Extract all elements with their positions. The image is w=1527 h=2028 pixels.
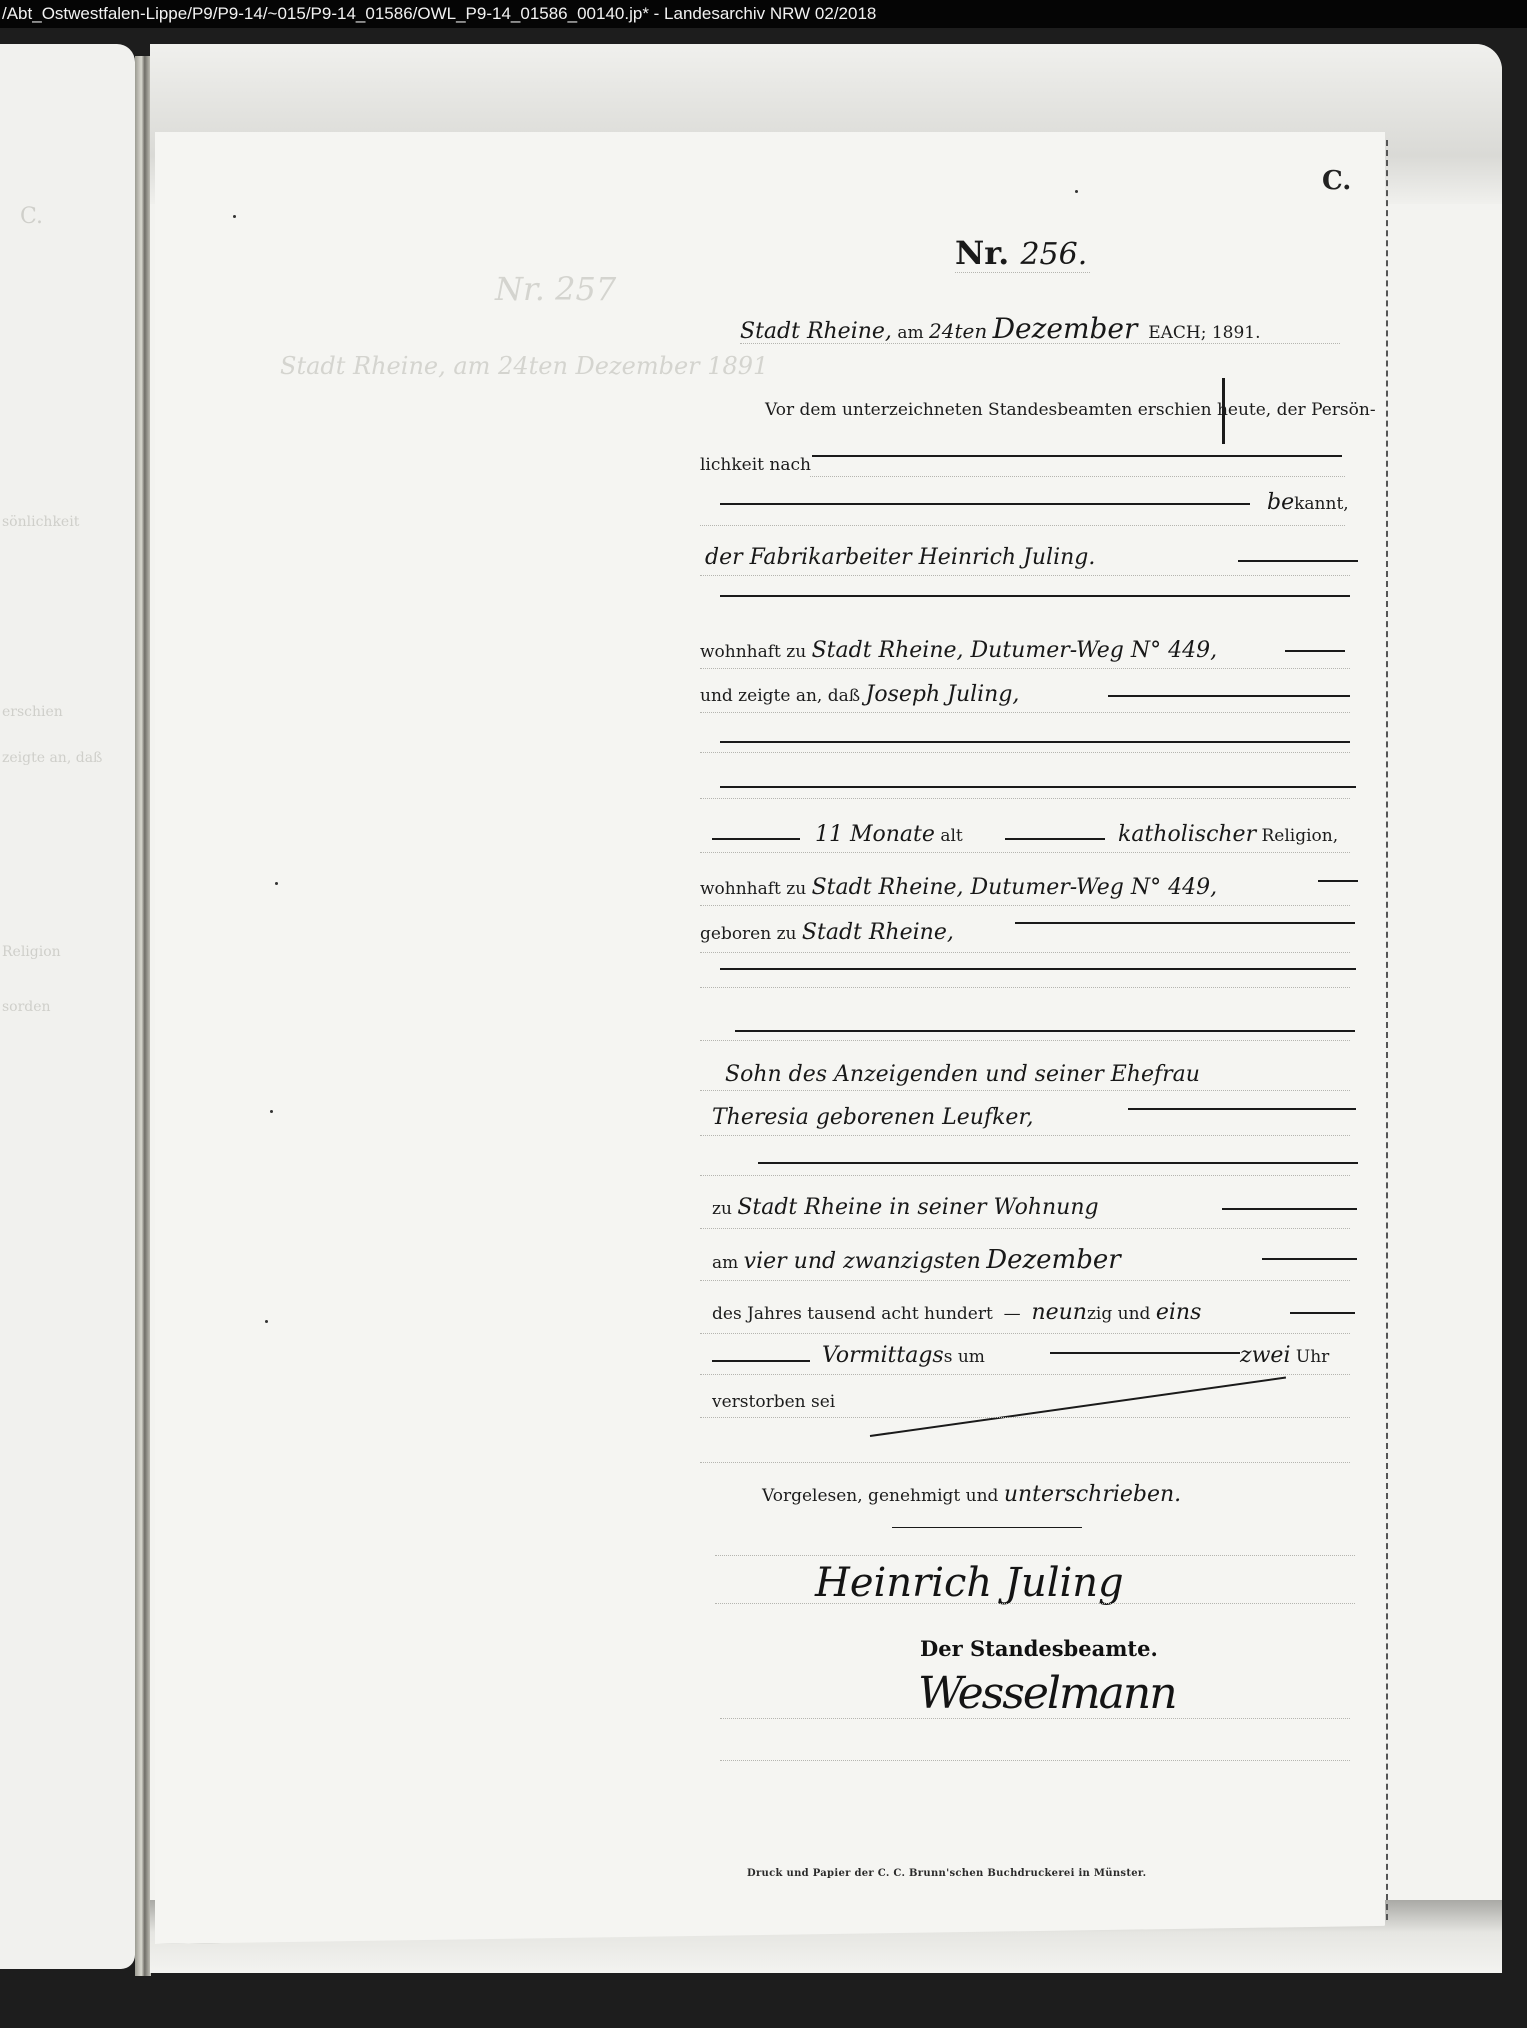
dotted-rule: [700, 1135, 1350, 1136]
printed-prefix: und zeigte an, daß: [700, 686, 860, 706]
birthplace-handwritten: Stadt Rheine,: [802, 920, 954, 945]
dotted-rule: [955, 272, 1090, 273]
correction-mark: [1222, 378, 1225, 444]
fill-rule: [720, 786, 1356, 788]
day-handwritten: 24ten: [929, 319, 987, 343]
form-line-2: bekannt,: [1267, 490, 1349, 530]
left-page-fragment: erschien: [2, 704, 63, 720]
closing-printed: Vorgelesen, genehmigt und: [762, 1486, 998, 1506]
left-page-fragment: sönlichkeit: [2, 514, 79, 530]
speck: [1075, 190, 1078, 193]
speck: [270, 1110, 273, 1113]
form-line-10: Theresia geborenen Leufker,: [712, 1105, 1034, 1145]
place-handwritten: Stadt Rheine,: [740, 319, 892, 344]
dotted-rule: [700, 1280, 1350, 1281]
fill-rule: [1015, 922, 1355, 924]
form-line-9: Sohn des Anzeigenden und seiner Ehefrau: [725, 1062, 1200, 1102]
record-number: Nr. 256.: [955, 234, 1087, 272]
year-units-handwritten: eins: [1156, 1300, 1202, 1325]
informant-signature: Heinrich Juling: [815, 1560, 1124, 1606]
fill-rule: [712, 1360, 810, 1362]
hour-handwritten: zwei: [1240, 1343, 1290, 1368]
printed-suffix: kannt,: [1294, 494, 1349, 514]
form-line-3: der Fabrikarbeiter Heinrich Juling.: [705, 545, 1095, 585]
place-of-death-handwritten: Stadt Rheine in seiner Wohnung: [737, 1195, 1098, 1220]
bleed-through-number: Nr. 257: [495, 270, 616, 308]
dotted-rule: [700, 905, 1350, 906]
am-label: am: [897, 323, 923, 343]
dotted-rule: [700, 1040, 1350, 1041]
printed-prefix: wohnhaft zu: [700, 642, 806, 662]
dotted-rule: [720, 1718, 1350, 1719]
printed-prefix: wohnhaft zu: [700, 879, 806, 899]
underline: [892, 1527, 1082, 1528]
dotted-rule: [700, 752, 1350, 753]
fill-rule: [1050, 1352, 1240, 1354]
dotted-rule: [700, 798, 1350, 799]
form-line-14: Vormittagss um: [822, 1343, 985, 1383]
bleed-through-place-date: Stadt Rheine, am 24ten Dezember 1891: [280, 352, 768, 380]
dotted-rule: [810, 476, 1345, 477]
dotted-rule: [740, 343, 1340, 344]
fill-rule: [1285, 650, 1345, 652]
residence-handwritten: Stadt Rheine, Dutumer-Weg N° 449,: [812, 875, 1218, 900]
informant-handwritten: der Fabrikarbeiter Heinrich Juling.: [705, 545, 1095, 570]
fill-rule: [720, 503, 1250, 505]
dotted-rule: [700, 1090, 1350, 1091]
left-page: C. sönlichkeit erschien zeigte an, daß R…: [0, 44, 135, 1969]
window-title: /Abt_Ostwestfalen-Lippe/P9/P9-14/~015/P9…: [2, 4, 876, 23]
parents-handwritten: Sohn des Anzeigenden und seiner Ehefrau: [725, 1062, 1200, 1087]
printed-suffix: Uhr: [1296, 1347, 1329, 1367]
fill-rule: [735, 1030, 1355, 1032]
fill-rule: [1222, 1208, 1357, 1210]
fill-rule: [1108, 695, 1350, 697]
form-line-1: lichkeit nach: [700, 455, 811, 495]
printed-mid: zig und: [1087, 1304, 1150, 1324]
speck: [233, 215, 236, 218]
fill-rule: [812, 455, 1342, 457]
fill-rule: [712, 838, 800, 840]
month-handwritten: Dezember: [993, 312, 1138, 345]
speck: [265, 1320, 268, 1323]
fill-rule: [720, 741, 1350, 743]
section-letter: C.: [1322, 166, 1351, 196]
official-signature: Wesselmann: [918, 1668, 1176, 1719]
book-gutter: [135, 56, 151, 1976]
form-line-12: am vier und zwanzigsten Dezember: [712, 1245, 1121, 1285]
printed-prefix: des Jahres tausend acht hundert: [712, 1304, 993, 1324]
death-month-handwritten: Dezember: [986, 1245, 1120, 1275]
left-page-fragment: sorden: [2, 999, 51, 1015]
record-number-value: 256.: [1020, 237, 1087, 272]
dotted-rule: [700, 852, 1350, 853]
fill-rule: [1238, 560, 1358, 562]
fill-rule: [1005, 838, 1105, 840]
printed-mid: s um: [944, 1347, 985, 1367]
left-page-letter: C.: [20, 204, 43, 229]
printed-mid: alt: [940, 826, 962, 846]
place-date-line: Stadt Rheine, am 24ten Dezember EACH; 18…: [740, 312, 1261, 352]
dotted-rule: [720, 1760, 1350, 1761]
sheet-edge: [1380, 140, 1388, 1920]
official-title: Der Standesbeamte.: [920, 1636, 1158, 1661]
record-number-label: Nr.: [955, 234, 1009, 272]
fill-rule: [1318, 880, 1358, 882]
dotted-rule: [700, 987, 1350, 988]
dotted-rule: [700, 1175, 1350, 1176]
printed-suffix: Religion,: [1262, 826, 1339, 846]
printed-prefix: zu: [712, 1199, 732, 1219]
dotted-rule: [715, 1603, 1355, 1604]
dotted-rule: [700, 952, 1350, 953]
dotted-rule: [700, 1333, 1350, 1334]
fill-rule: [1128, 1108, 1356, 1110]
deceased-handwritten: Joseph Juling,: [866, 682, 1020, 707]
form-line-6: 11 Monate alt: [815, 822, 963, 862]
mother-handwritten: Theresia geborenen Leufker,: [712, 1105, 1034, 1130]
handwritten-prefix: be: [1267, 490, 1294, 515]
time-of-day-handwritten: Vormittags: [822, 1343, 944, 1368]
dotted-rule: [700, 525, 1345, 526]
dotted-rule: [700, 1462, 1350, 1463]
fill-rule: [758, 1162, 1358, 1164]
dotted-rule: [700, 1228, 1350, 1229]
fill-rule: [1262, 1258, 1357, 1260]
dotted-rule: [700, 575, 1350, 576]
printed-prefix: geboren zu: [700, 924, 797, 944]
dotted-rule: [700, 1417, 1350, 1418]
dotted-rule: [700, 1374, 1350, 1375]
fill-rule: [720, 968, 1356, 970]
form-line-6-right: katholischer Religion,: [1118, 822, 1338, 862]
form-line-15: verstorben sei: [712, 1392, 835, 1432]
speck: [275, 882, 278, 885]
death-day-handwritten: vier und zwanzigsten: [744, 1249, 981, 1274]
window-title-bar: /Abt_Ostwestfalen-Lippe/P9/P9-14/~015/P9…: [0, 0, 1527, 28]
fill-rule: [720, 595, 1350, 597]
form-line-7: wohnhaft zu Stadt Rheine, Dutumer-Weg N°…: [700, 875, 1217, 915]
left-page-fragment: zeigte an, daß: [2, 750, 102, 766]
form-line-5: und zeigte an, daß Joseph Juling,: [700, 682, 1019, 722]
form-line-13: des Jahres tausend acht hundert — neunzi…: [712, 1300, 1201, 1340]
age-handwritten: 11 Monate: [815, 822, 935, 847]
dotted-rule: [700, 712, 1350, 713]
form-line-8: geboren zu Stadt Rheine,: [700, 920, 954, 960]
printer-imprint: Druck und Papier der C. C. Brunn'schen B…: [747, 1868, 1146, 1879]
year-value: 1891.: [1212, 323, 1261, 343]
dotted-rule: [715, 1555, 1355, 1556]
form-line-11: zu Stadt Rheine in seiner Wohnung: [712, 1195, 1099, 1235]
form-line-0: Vor dem unterzeichneten Standesbeamten e…: [765, 400, 1376, 440]
fill-rule: [1290, 1312, 1355, 1314]
religion-handwritten: katholischer: [1118, 822, 1256, 847]
closing-line: Vorgelesen, genehmigt und unterschrieben…: [762, 1482, 1181, 1522]
year-tens-handwritten: neun: [1031, 1300, 1087, 1325]
form-line-4: wohnhaft zu Stadt Rheine, Dutumer-Weg N°…: [700, 638, 1217, 678]
closing-handwritten: unterschrieben.: [1004, 1482, 1181, 1507]
dotted-rule: [700, 668, 1350, 669]
residence-handwritten: Stadt Rheine, Dutumer-Weg N° 449,: [812, 638, 1218, 663]
left-page-fragment: Religion: [2, 944, 61, 960]
printed-prefix: am: [712, 1253, 738, 1273]
